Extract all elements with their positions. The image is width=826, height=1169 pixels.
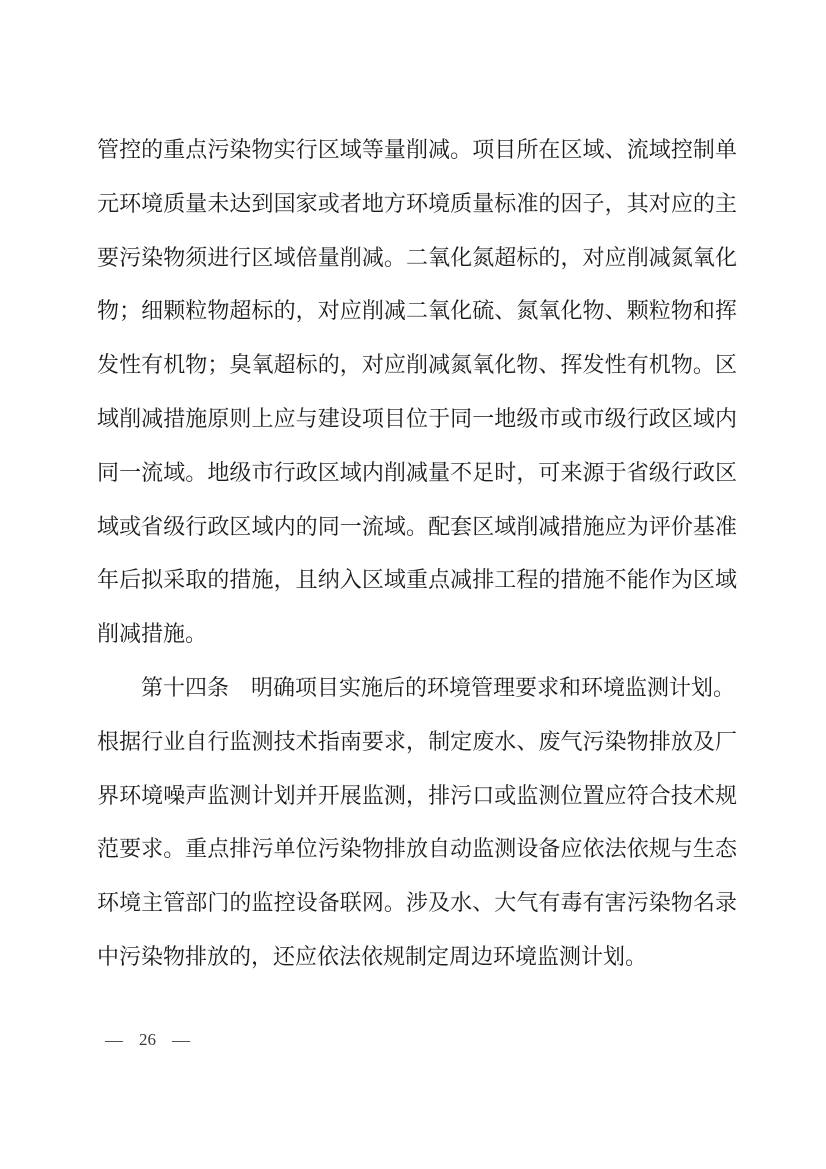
body-line: 元环境质量未达到国家或者地方环境质量标准的因子，其对应的主: [97, 177, 737, 231]
body-line: 域或省级行政区域内的同一流域。配套区域削减措施应为评价基准: [97, 500, 737, 554]
footer-left-dash: —: [105, 1030, 123, 1051]
body-line: 根据行业自行监测技术指南要求，制定废水、废气污染物排放及厂: [97, 715, 737, 769]
body-line: 范要求。重点排污单位污染物排放自动监测设备应依法依规与生态: [97, 822, 737, 876]
body-line: 年后拟采取的措施，且纳入区域重点减排工程的措施不能作为区域: [97, 553, 737, 607]
body-line: 管控的重点污染物实行区域等量削减。项目所在区域、流域控制单: [97, 123, 737, 177]
body-line: 物；细颗粒物超标的，对应削减二氧化硫、氮氧化物、颗粒物和挥: [97, 284, 737, 338]
body-line-paragraph-end: 中污染物排放的，还应依法依规制定周边环境监测计划。: [97, 930, 737, 984]
page-footer: — 26 —: [105, 1026, 190, 1054]
body-line-clause-heading: 第十四条 明确项目实施后的环境管理要求和环境监测计划。: [97, 661, 737, 715]
body-line: 要污染物须进行区域倍量削减。二氧化氮超标的，对应削减氮氧化: [97, 231, 737, 285]
body-line: 同一流域。地级市行政区域内削减量不足时，可来源于省级行政区: [97, 446, 737, 500]
body-line: 界环境噪声监测计划并开展监测，排污口或监测位置应符合技术规: [97, 769, 737, 823]
body-line: 环境主管部门的监控设备联网。涉及水、大气有毒有害污染物名录: [97, 876, 737, 930]
body-line: 域削减措施原则上应与建设项目位于同一地级市或市级行政区域内: [97, 392, 737, 446]
body-line: 发性有机物；臭氧超标的，对应削减氮氧化物、挥发性有机物。区: [97, 338, 737, 392]
footer-right-dash: —: [172, 1030, 190, 1051]
document-body: 管控的重点污染物实行区域等量削减。项目所在区域、流域控制单 元环境质量未达到国家…: [97, 123, 737, 984]
page-number: 26: [139, 1030, 156, 1050]
body-line-paragraph-end: 削减措施。: [97, 607, 737, 661]
document-page: 管控的重点污染物实行区域等量削减。项目所在区域、流域控制单 元环境质量未达到国家…: [0, 0, 826, 1169]
